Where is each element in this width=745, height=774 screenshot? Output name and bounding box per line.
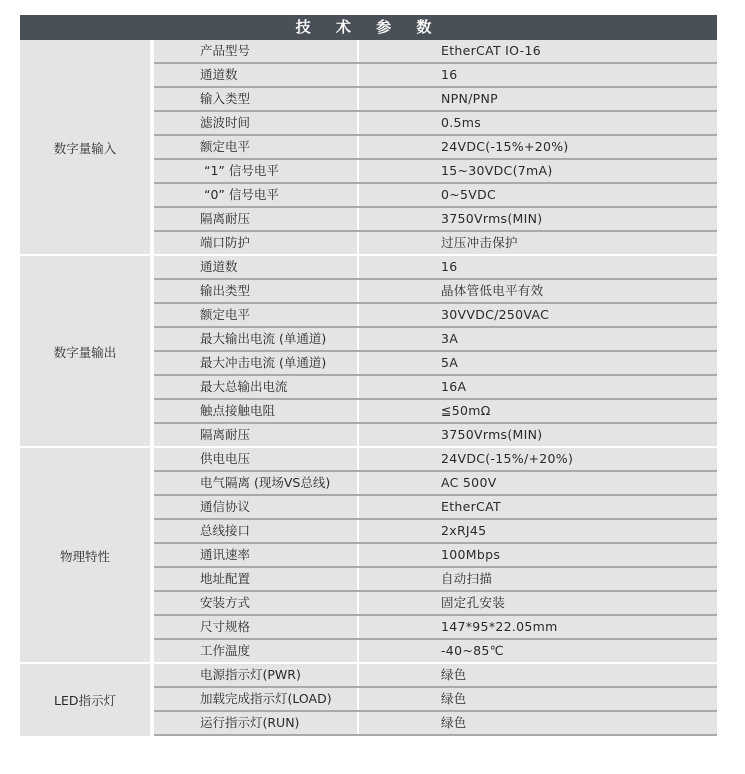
param-value: 15~30VDC(7mA) [359, 160, 717, 182]
param-value: 16 [359, 64, 717, 86]
table-row: 触点接触电阻≦50mΩ [154, 400, 717, 424]
table-row: 通信协议EtherCAT [154, 496, 717, 520]
param-value: AC 500V [359, 472, 717, 494]
param-name: 供电电压 [154, 448, 357, 470]
group-label: 物理特性 [20, 448, 152, 664]
table-row: 最大总输出电流16A [154, 376, 717, 400]
group-digital-input: 数字量输入 产品型号EtherCAT IO-16 通道数16 输入类型NPN/P… [20, 40, 717, 256]
param-value: 147*95*22.05mm [359, 616, 717, 638]
table-row: “1” 信号电平15~30VDC(7mA) [154, 160, 717, 184]
group-label: LED指示灯 [20, 664, 152, 736]
param-value: 24VDC(-15%/+20%) [359, 448, 717, 470]
group-label: 数字量输出 [20, 256, 152, 448]
param-value: 固定孔安装 [359, 592, 717, 614]
param-value: 5A [359, 352, 717, 374]
param-value: 16A [359, 376, 717, 398]
table-row: 额定电平24VDC(-15%+20%) [154, 136, 717, 160]
param-name: 最大冲击电流 (单通道) [154, 352, 357, 374]
group-label: 数字量输入 [20, 40, 152, 256]
param-name: 额定电平 [154, 136, 357, 158]
param-value: 2xRJ45 [359, 520, 717, 542]
table-row: 供电电压24VDC(-15%/+20%) [154, 448, 717, 472]
table-row: 地址配置自动扫描 [154, 568, 717, 592]
param-name: 加载完成指示灯(LOAD) [154, 688, 357, 710]
param-name: 通道数 [154, 256, 357, 278]
param-name: 运行指示灯(RUN) [154, 712, 357, 734]
table-row: “0” 信号电平0~5VDC [154, 184, 717, 208]
table-row: 滤波时间0.5ms [154, 112, 717, 136]
param-value: 24VDC(-15%+20%) [359, 136, 717, 158]
param-value: EtherCAT IO-16 [359, 40, 717, 62]
table-row: 运行指示灯(RUN)绿色 [154, 712, 717, 736]
table-row: 隔离耐压3750Vrms(MIN) [154, 424, 717, 448]
param-name: 最大总输出电流 [154, 376, 357, 398]
param-name: 工作温度 [154, 640, 357, 662]
group-physical: 物理特性 供电电压24VDC(-15%/+20%) 电气隔离 (现场VS总线)A… [20, 446, 717, 664]
param-name: 安装方式 [154, 592, 357, 614]
param-name: 输出类型 [154, 280, 357, 302]
group-digital-output: 数字量输出 通道数16 输出类型晶体管低电平有效 额定电平30VVDC/250V… [20, 254, 717, 448]
table-row: 最大冲击电流 (单通道)5A [154, 352, 717, 376]
param-value: NPN/PNP [359, 88, 717, 110]
table-row: 输出类型晶体管低电平有效 [154, 280, 717, 304]
table-row: 端口防护过压冲击保护 [154, 232, 717, 256]
param-value: ≦50mΩ [359, 400, 717, 422]
table-row: 额定电平30VVDC/250VAC [154, 304, 717, 328]
param-value: EtherCAT [359, 496, 717, 518]
table-row: 工作温度-40~85℃ [154, 640, 717, 664]
param-name: “1” 信号电平 [154, 160, 357, 182]
param-name: 最大输出电流 (单通道) [154, 328, 357, 350]
param-name: 端口防护 [154, 232, 357, 254]
param-name: 通道数 [154, 64, 357, 86]
param-name: 隔离耐压 [154, 208, 357, 230]
table-row: 隔离耐压3750Vrms(MIN) [154, 208, 717, 232]
param-name: 地址配置 [154, 568, 357, 590]
param-value: 16 [359, 256, 717, 278]
param-value: 晶体管低电平有效 [359, 280, 717, 302]
param-value: 绿色 [359, 688, 717, 710]
param-name: 产品型号 [154, 40, 357, 62]
param-value: 0~5VDC [359, 184, 717, 206]
param-value: 3750Vrms(MIN) [359, 424, 717, 446]
table-row: 通讯速率100Mbps [154, 544, 717, 568]
param-value: 30VVDC/250VAC [359, 304, 717, 326]
table-row: 电源指示灯(PWR)绿色 [154, 664, 717, 688]
table-row: 电气隔离 (现场VS总线)AC 500V [154, 472, 717, 496]
table-row: 尺寸规格147*95*22.05mm [154, 616, 717, 640]
param-name: 触点接触电阻 [154, 400, 357, 422]
param-value: 3750Vrms(MIN) [359, 208, 717, 230]
table-row: 通道数16 [154, 256, 717, 280]
param-name: 通讯速率 [154, 544, 357, 566]
table-row: 通道数16 [154, 64, 717, 88]
param-value: -40~85℃ [359, 640, 717, 662]
param-name: 总线接口 [154, 520, 357, 542]
param-name: 通信协议 [154, 496, 357, 518]
param-name: 隔离耐压 [154, 424, 357, 446]
param-name: 输入类型 [154, 88, 357, 110]
param-value: 100Mbps [359, 544, 717, 566]
table-row: 最大输出电流 (单通道)3A [154, 328, 717, 352]
param-value: 绿色 [359, 664, 717, 686]
param-value: 绿色 [359, 712, 717, 734]
param-name: 尺寸规格 [154, 616, 357, 638]
param-name: “0” 信号电平 [154, 184, 357, 206]
table-row: 加载完成指示灯(LOAD)绿色 [154, 688, 717, 712]
param-name: 额定电平 [154, 304, 357, 326]
table-row: 总线接口2xRJ45 [154, 520, 717, 544]
param-name: 电气隔离 (现场VS总线) [154, 472, 357, 494]
table-row: 输入类型NPN/PNP [154, 88, 717, 112]
param-value: 3A [359, 328, 717, 350]
spec-table: 技 术 参 数 数字量输入 产品型号EtherCAT IO-16 通道数16 输… [20, 15, 717, 736]
param-name: 电源指示灯(PWR) [154, 664, 357, 686]
param-value: 自动扫描 [359, 568, 717, 590]
param-value: 过压冲击保护 [359, 232, 717, 254]
table-row: 产品型号EtherCAT IO-16 [154, 40, 717, 64]
group-led-indicators: LED指示灯 电源指示灯(PWR)绿色 加载完成指示灯(LOAD)绿色 运行指示… [20, 662, 717, 736]
table-title: 技 术 参 数 [20, 15, 717, 40]
table-row: 安装方式固定孔安装 [154, 592, 717, 616]
param-name: 滤波时间 [154, 112, 357, 134]
param-value: 0.5ms [359, 112, 717, 134]
